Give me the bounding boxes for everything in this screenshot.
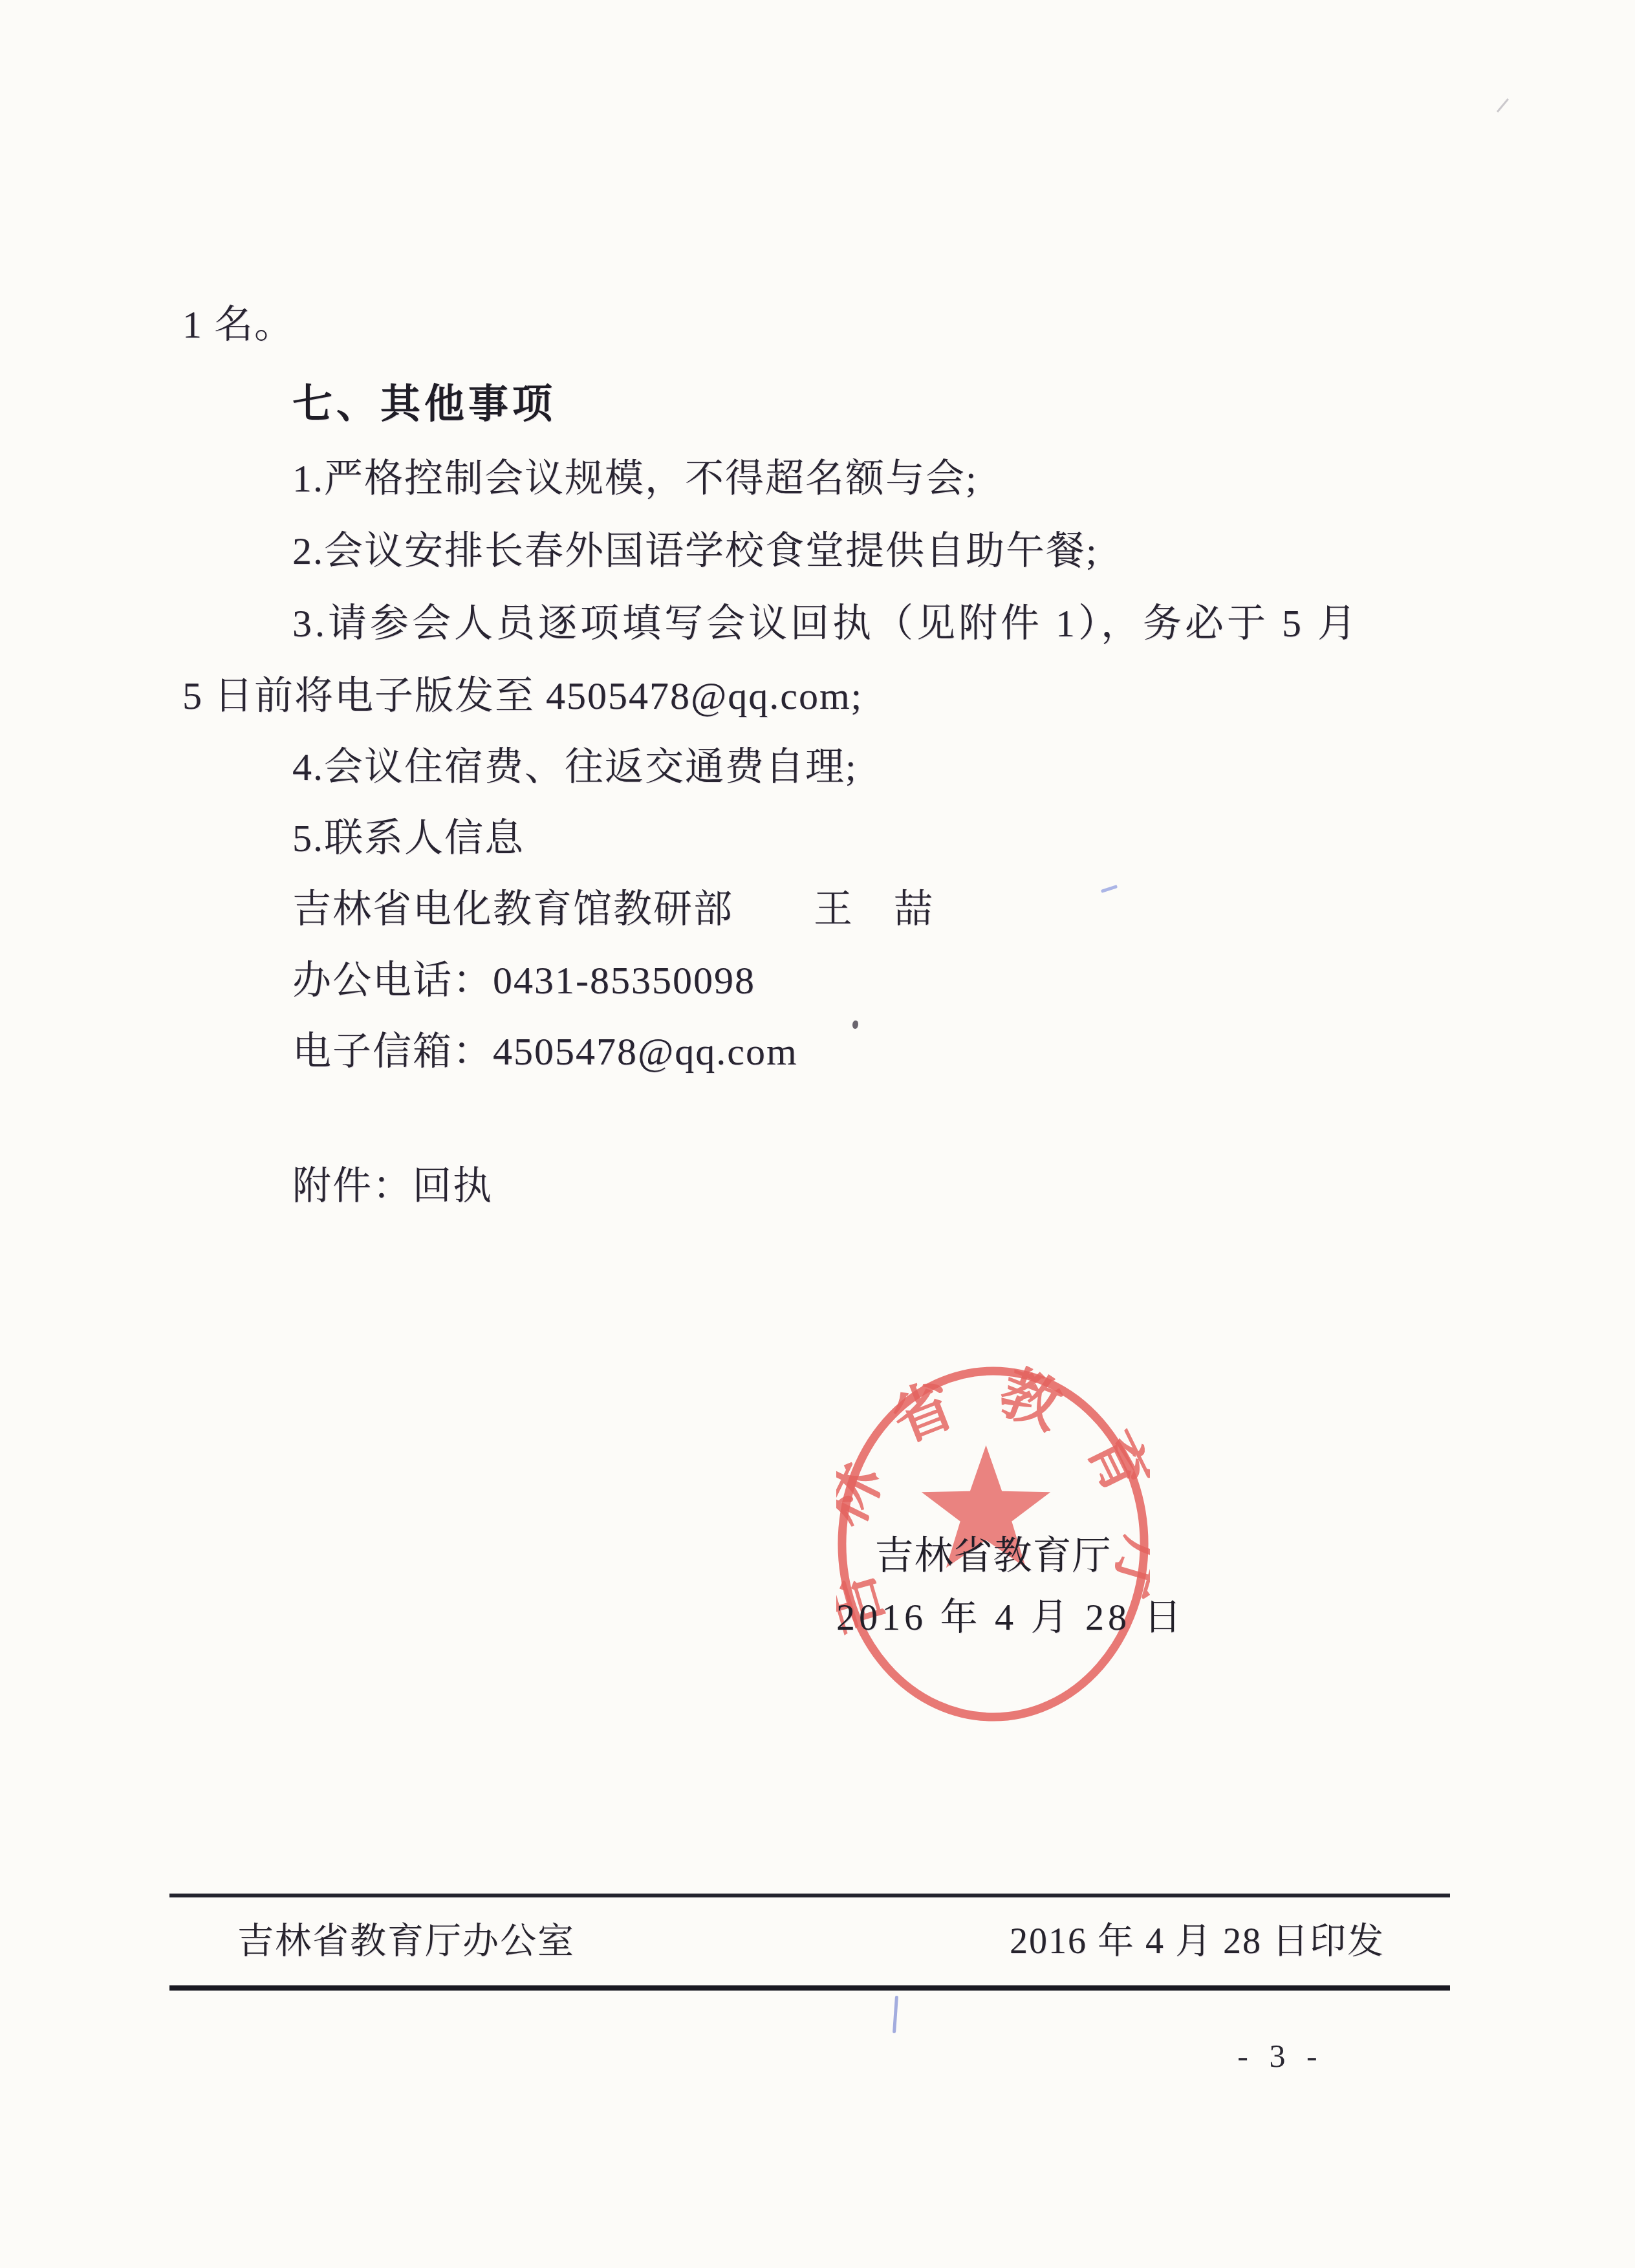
footer-issuing-office: 吉林省教育厅办公室 — [237, 1921, 575, 1962]
contact-phone: 办公电话：0431-85350098 — [292, 958, 755, 1002]
carryover-line: 1 名。 — [182, 303, 294, 347]
list-item-3-line-2: 5 日前将电子版发至 4505478@qq.com; — [182, 674, 863, 718]
footer-rule-bottom — [169, 1985, 1450, 1991]
section-heading: 七、其他事项 — [292, 383, 556, 427]
signature-agency: 吉林省教育厅 — [836, 1534, 1150, 1578]
page-number: - 3 - — [1203, 2037, 1358, 2075]
ink-speck — [852, 1021, 858, 1029]
list-item-3-line-1: 3.请参会人员逐项填写会议回执（见附件 1），务必于 5 月 — [292, 601, 1359, 645]
list-item-4: 4.会议住宿费、往返交通费自理; — [292, 745, 858, 789]
attachment-line: 附件：回执 — [292, 1164, 493, 1208]
footer-print-date: 2016 年 4 月 28 日印发 — [993, 1921, 1385, 1962]
document-page: 1 名。 七、其他事项 1.严格控制会议规模，不得超名额与会; 2.会议安排长春… — [0, 0, 1635, 2268]
contact-email: 电子信箱：4505478@qq.com — [292, 1030, 798, 1074]
footer-rule-top — [169, 1894, 1450, 1897]
contact-unit-and-name: 吉林省电化教育馆教研部 王 喆 — [292, 887, 934, 931]
list-item-1: 1.严格控制会议规模，不得超名额与会; — [292, 457, 978, 501]
pen-dash-mark — [1101, 885, 1118, 893]
scan-corner-mark — [1497, 98, 1509, 113]
list-item-2: 2.会议安排长春外国语学校食堂提供自助午餐; — [292, 529, 1098, 573]
list-item-5: 5.联系人信息 — [292, 816, 525, 860]
pen-mark — [893, 1996, 898, 2033]
signature-date: 2016 年 4 月 28 日 — [836, 1596, 1150, 1639]
